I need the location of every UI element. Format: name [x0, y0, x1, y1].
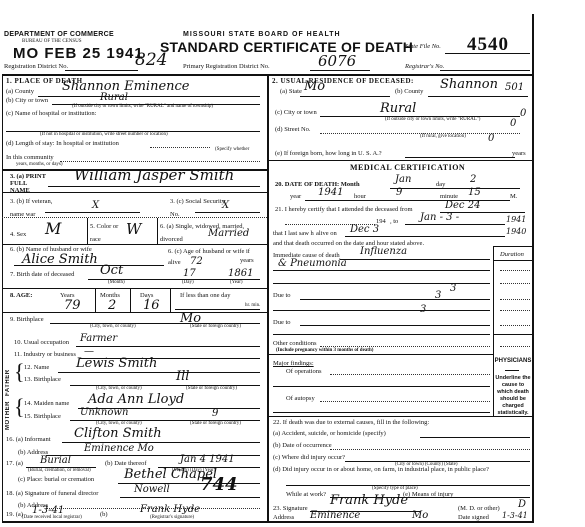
color-value[interactable]: W	[126, 222, 141, 236]
funeral-director-label: 18. (a) Signature of funeral director	[6, 490, 98, 498]
residence-street-note: (If rural, give location)	[420, 134, 466, 140]
birth-month-value[interactable]: Oct	[100, 264, 123, 278]
residence-city-note: (If outside city or town limits, write "…	[385, 117, 480, 123]
mother-birthplace-value[interactable]: Unknown	[80, 407, 128, 419]
hospital-label: (c) Name of hospital or institution:	[6, 110, 96, 118]
age-years-value[interactable]: 79	[64, 299, 81, 313]
department-label: DEPARTMENT OF COMMERCE	[4, 31, 114, 38]
mother-birthplace-code: 9	[212, 408, 218, 420]
date-signed-label: Date signed	[458, 514, 489, 522]
occupation-label: 10. Usual occupation	[14, 339, 69, 347]
death-day-value[interactable]: 2	[470, 174, 476, 186]
veteran-value[interactable]: X	[92, 200, 99, 212]
burial-value[interactable]: Burial	[40, 455, 71, 467]
father-name-label: 12. Name	[24, 364, 49, 372]
physician-address-value[interactable]: Eminence	[310, 510, 360, 522]
bureau-label: BUREAU OF THE CENSUS	[22, 39, 82, 44]
birth-day-caption: (Day)	[182, 280, 194, 286]
length-of-stay-label: (d) Length of stay: In hospital or insti…	[6, 140, 119, 148]
father-birthplace-label: 13. Birthplace	[24, 376, 61, 384]
attended-to-value[interactable]: Jan - 3 -	[420, 212, 459, 224]
attended-to-label: , to	[390, 218, 398, 226]
spouse-age-value[interactable]: 72	[190, 256, 203, 268]
age-label: 8. AGE:	[10, 292, 32, 300]
date-signed-value[interactable]: 1-3-41	[502, 510, 528, 522]
operations-label: Of operations	[286, 368, 322, 376]
death-month-value[interactable]: Jan	[395, 174, 411, 186]
registration-district-label: Registration District No.	[4, 63, 68, 71]
death-city-value[interactable]: Rural	[100, 92, 128, 104]
immediate-cause-value-2[interactable]: & Pneumonia	[278, 258, 347, 270]
primary-district-label: Primary Registration District No.	[183, 63, 270, 71]
industry-label: 11. Industry or business	[14, 351, 76, 359]
cause-code-2: 3	[435, 290, 441, 302]
last-seen-label-2: alive on	[316, 230, 337, 238]
residence-street-label: (d) Street No.	[275, 126, 311, 134]
funeral-code: 744	[200, 478, 238, 492]
mother-group-label: MOTHER	[5, 394, 11, 430]
ssn-value[interactable]: X	[222, 200, 229, 212]
immediate-cause-value[interactable]: Influenza	[360, 246, 407, 258]
attended-label: 21. I hereby certify that I attended the…	[275, 206, 413, 214]
informant-address-value[interactable]: Eminence Mo	[84, 443, 154, 455]
where-injury-label: (c) Where did injury occur?	[273, 454, 345, 462]
occurrence-label: (b) Date of occurrence	[273, 442, 332, 450]
registrar-no-label: Registrar's No.	[405, 63, 444, 71]
mother-birthplace-state-caption: (State or foreign country)	[190, 421, 241, 427]
death-year-label: year	[290, 193, 301, 201]
mother-birthplace-label: 15. Birthplace	[24, 413, 61, 421]
birth-month-caption: (Month)	[108, 280, 125, 286]
autopsy-label: Of autopsy	[286, 395, 315, 403]
mother-name-value[interactable]: Ada Ann Lloyd	[88, 393, 184, 407]
father-birthplace-value[interactable]: Ill	[176, 370, 189, 384]
primary-district-value: 6076	[318, 54, 356, 68]
physician-signature-value[interactable]: Frank Hyde	[330, 494, 408, 508]
birthplace-state-caption: (State or foreign country)	[190, 324, 241, 330]
full-name-label: 3. (a) PRINT FULL NAME	[10, 173, 48, 194]
death-minute-suffix: M.	[510, 193, 517, 201]
burial-date-value[interactable]: Jan 4 1941	[180, 454, 235, 466]
while-at-work-label: While at work?	[286, 491, 326, 499]
usual-residence-heading: 2. USUAL RESIDENCE OF DECEASED:	[272, 77, 414, 85]
residence-code-3: 0	[488, 133, 494, 145]
due-to-label-1: Due to	[273, 292, 291, 300]
burial-caption: (Burial, cremation, or removal)	[28, 468, 91, 474]
spouse-age-suffix: years	[240, 257, 254, 265]
funeral-director-value[interactable]: Nowell	[134, 484, 170, 496]
age-days-value[interactable]: 16	[143, 299, 160, 313]
registrar-signature-caption: (Registrar's signature)	[150, 515, 194, 521]
informant-label: 16. (a) Informant	[6, 436, 51, 444]
foreign-years-suffix: years	[512, 150, 526, 158]
residence-city-value[interactable]: Rural	[380, 102, 416, 116]
birth-year-caption: (Year)	[230, 280, 243, 286]
age-less-label: If less than one day	[180, 292, 231, 300]
informant-value[interactable]: Clifton Smith	[74, 427, 162, 441]
birth-date-label: 7. Birth date of deceased	[10, 271, 74, 279]
last-seen-year: 1940	[506, 226, 526, 238]
stay-note: (Specify whether	[215, 147, 249, 153]
certificate-title: STANDARD CERTIFICATE OF DEATH	[160, 39, 413, 55]
father-name-value[interactable]: Lewis Smith	[76, 357, 157, 371]
last-seen-label: that I last saw h	[273, 230, 314, 238]
age-less-suffix: hr. min.	[245, 303, 260, 309]
father-group-label: FATHER	[5, 360, 11, 396]
death-minute-value[interactable]: 15	[468, 187, 481, 199]
residence-code-1: 0	[520, 108, 526, 120]
attended-to-year: 1941	[506, 214, 526, 226]
residence-county-code: 501	[505, 82, 524, 94]
physicians-note: Underline the cause to which death shoul…	[494, 375, 532, 417]
sex-value[interactable]: M	[45, 222, 61, 236]
occupation-value[interactable]: Farmer	[80, 333, 117, 345]
birthplace-city-caption: (City, town, or county)	[90, 324, 136, 330]
burial-place-label: (c) Place: burial or cremation	[18, 476, 94, 484]
color-label: 5. Color or race	[90, 220, 125, 246]
full-name-value[interactable]: William Jasper Smith	[74, 168, 234, 182]
registration-district-value: 824	[135, 53, 167, 67]
physicians-label: PHYSICIANS	[494, 358, 532, 365]
physician-address-label: Address	[273, 514, 294, 522]
registrar-signature-label: (b)	[100, 511, 108, 519]
sex-label: 4. Sex	[10, 231, 26, 239]
residence-state-label: (a) State	[280, 88, 302, 96]
death-county-label: (a) County	[6, 88, 34, 96]
accident-label: (a) Accident, suicide, or homicide (spec…	[273, 430, 386, 438]
external-causes-label: 22. If death was due to external causes,…	[273, 419, 429, 427]
mother-brace: {	[14, 395, 25, 419]
last-seen-value[interactable]: Dec 3	[350, 224, 379, 236]
father-brace: {	[14, 360, 25, 384]
burial-label: 17. (a)	[6, 460, 23, 468]
residence-code-2: 0	[510, 118, 516, 130]
filed-caption: (Date received local registrar)	[22, 515, 82, 521]
board-label: MISSOURI STATE BOARD OF HEALTH	[183, 31, 341, 38]
cause-code-3: 3	[420, 304, 426, 316]
medical-certification-heading: MEDICAL CERTIFICATION	[350, 163, 465, 172]
age-months-value[interactable]: 2	[108, 299, 116, 313]
mother-name-label: 14. Maiden name	[24, 400, 69, 408]
duration-label: Duration	[500, 251, 524, 259]
md-label: (M. D. or other)	[458, 505, 500, 513]
attended-from-value[interactable]: Dec 24	[445, 200, 480, 212]
state-file-label: State File No.	[405, 43, 441, 51]
community-label: In this community	[6, 154, 54, 162]
received-stamp: MO FEB 25 1941	[13, 45, 144, 62]
father-birthplace-state-caption: (State or foreign country)	[186, 386, 237, 392]
other-conditions-label: Other conditions	[273, 340, 317, 348]
major-findings-label: Major findings:	[273, 360, 314, 368]
community-note: years, months, or days)	[16, 162, 63, 168]
cause-code-1: 3	[450, 283, 456, 295]
residence-county-label: (b) County	[395, 88, 423, 96]
residence-county-value[interactable]: Shannon	[440, 78, 498, 92]
birthplace-label: 9. Birthplace	[10, 316, 44, 324]
due-to-label-2: Due to	[273, 319, 291, 327]
death-city-label: (b) City or town	[6, 97, 48, 105]
residence-state-value[interactable]: Mo	[304, 80, 325, 94]
residence-city-label: (c) City or town	[275, 109, 317, 117]
physician-address-state[interactable]: Mo	[412, 510, 428, 522]
death-year-value[interactable]: 1941	[318, 187, 343, 199]
filed-label: 19. (a)	[6, 511, 23, 519]
foreign-born-label: (e) If foreign born, how long in U. S. A…	[275, 150, 382, 158]
marital-value[interactable]: Married	[208, 228, 249, 240]
death-hour-value[interactable]: 9	[396, 187, 402, 199]
hospital-note: (If not in hospital or institution, writ…	[40, 132, 168, 138]
physician-signature-label: 23. Signature	[273, 505, 308, 513]
injury-place-label: (d) Did injury occur in or about home, o…	[273, 466, 489, 474]
